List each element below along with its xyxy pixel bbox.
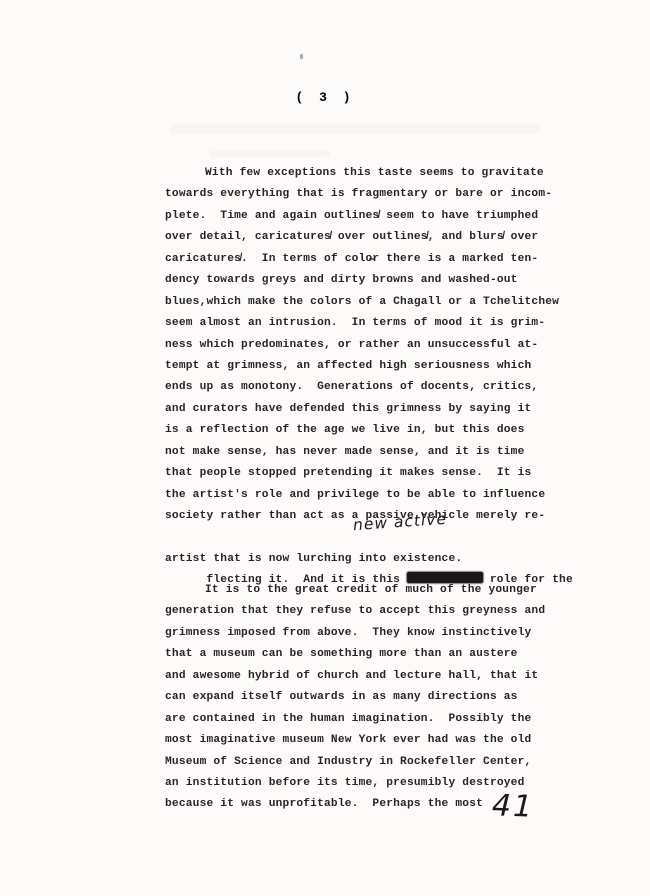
handwritten-insertion: new active — [352, 509, 447, 537]
text-line: dency towards greys and dirty browns and… — [165, 270, 565, 291]
text-line: caricatures̸. In terms of colo̶r there i… — [165, 249, 565, 270]
paragraph-2: It is to the great credit of much of the… — [165, 580, 565, 816]
text-line: are contained in the human imagination. … — [165, 709, 565, 730]
text-line: generation that they refuse to accept th… — [165, 601, 565, 622]
text-line: ends up as monotony. Generations of doce… — [165, 377, 565, 398]
text-line: blues,which make the colors of a Chagall… — [165, 292, 565, 313]
text-line: ness which predominates, or rather an un… — [165, 335, 565, 356]
text-line: artist that is now lurching into existen… — [165, 549, 565, 570]
scan-smudge — [170, 124, 540, 134]
text-line: and curators have defended this grimness… — [165, 399, 565, 420]
text-line: not make sense, has never made sense, an… — [165, 442, 565, 463]
text-line: It is to the great credit of much of the… — [165, 580, 565, 601]
text-line: most imaginative museum New York ever ha… — [165, 730, 565, 751]
text-line: that people stopped pretending it makes … — [165, 463, 565, 484]
scan-smudge — [210, 150, 330, 157]
text-line: over detail, caricatures̸ over outlines̸… — [165, 227, 565, 248]
text-line: that a museum can be something more than… — [165, 644, 565, 665]
handwritten-page-number: 41 — [491, 788, 534, 824]
text-line: With few exceptions this taste seems to … — [165, 163, 565, 184]
text-line: Museum of Science and Industry in Rockef… — [165, 752, 565, 773]
scan-speck — [300, 54, 303, 59]
page-number: ( 3 ) — [0, 90, 650, 105]
scanned-document-page: ( 3 ) With few exceptions this taste see… — [0, 0, 650, 896]
paragraph-1: With few exceptions this taste seems to … — [165, 163, 565, 570]
text-line: and awesome hybrid of church and lecture… — [165, 666, 565, 687]
text-line: seem almost an intrusion. In terms of mo… — [165, 313, 565, 334]
text-line: towards everything that is fragmentary o… — [165, 184, 565, 205]
text-line: plete. Time and again outlines̸ seem to … — [165, 206, 565, 227]
text-line: is a reflection of the age we live in, b… — [165, 420, 565, 441]
text-line: can expand itself outwards in as many di… — [165, 687, 565, 708]
text-line-with-correction: new active flecting it. And it is this r… — [165, 527, 565, 548]
text-line: grimness imposed from above. They know i… — [165, 623, 565, 644]
text-line: the artist's role and privilege to be ab… — [165, 485, 565, 506]
text-line: tempt at grimness, an affected high seri… — [165, 356, 565, 377]
